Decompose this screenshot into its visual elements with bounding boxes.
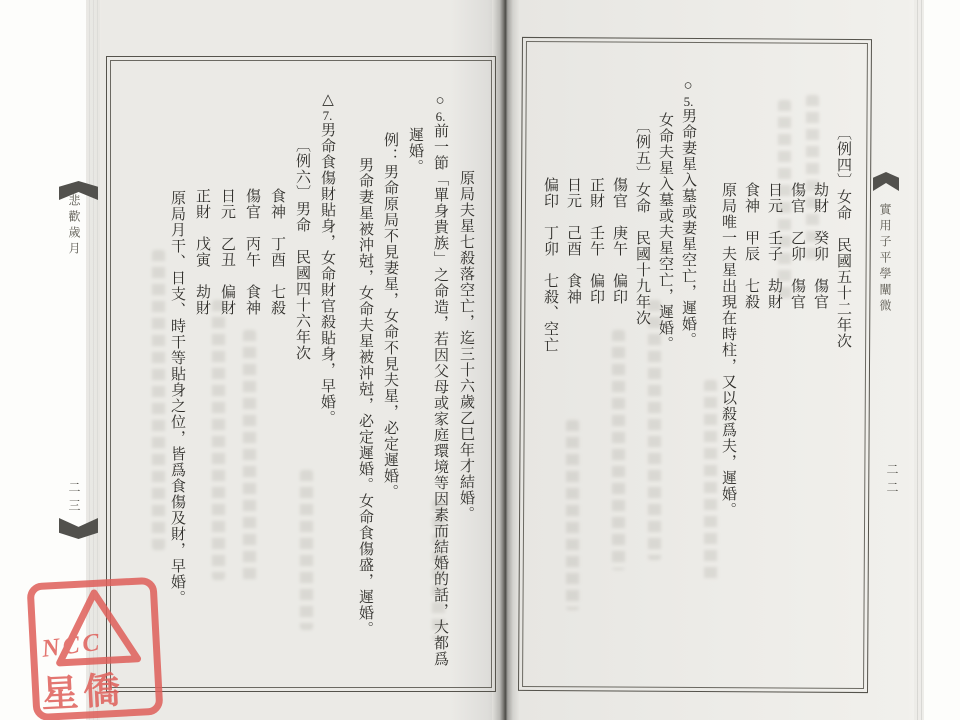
item-number: 7. bbox=[320, 109, 335, 122]
book-gutter-shadow bbox=[492, 0, 520, 720]
paragraph-column: 女命夫星入墓或夫星空亡，遲婚。 bbox=[653, 68, 676, 690]
example5-header-column: 〔例五〕女命 民國十九年次 bbox=[630, 68, 653, 690]
pillar-column: 正財 壬午 偏印 bbox=[584, 68, 607, 690]
comment-column: 原局唯一夫星出現在時柱，又以殺爲夫，遲婚。 bbox=[716, 68, 739, 690]
book-photo: 實用子平學闡微 二二 悲歡歲月 二三 〔例四〕女命 民國五十二年次 劫財 癸卯 … bbox=[0, 0, 960, 720]
example4-header-column: 〔例四〕女命 民國五十二年次 bbox=[831, 68, 854, 690]
numbered-item-column: ○5.男命妻星入墓或妻星空亡，遲婚。 bbox=[676, 68, 700, 690]
item-text: 男命妻星入墓或妻星空亡，遲婚。 bbox=[680, 108, 696, 348]
pillar-column: 傷官 丙午 食神 bbox=[239, 68, 264, 690]
stamp-name: 星僑 bbox=[40, 660, 127, 718]
comment-column: 原局夫星七殺落空亡，迄三十六歲乙巳年才結婚。 bbox=[453, 68, 478, 690]
running-title-left: 悲歡歲月 bbox=[66, 194, 83, 258]
pillar-column: 傷官 乙卯 傷官 bbox=[785, 68, 808, 690]
running-title-right: 實用子平學闡微 bbox=[877, 203, 894, 315]
pillar-column: 食神 丁酉 七殺 bbox=[264, 68, 289, 690]
example6-header-column: 〔例六〕男命 民國四十六年次 bbox=[289, 68, 314, 690]
paragraph-column: 男命妻星被沖尅，女命夫星被沖尅，必定遲婚。女命食傷盛，遲婚。 bbox=[352, 68, 377, 690]
page-number-right: 二二 bbox=[884, 463, 901, 499]
left-page-text: 原局夫星七殺落空亡，迄三十六歲乙巳年才結婚。 ○6.前一節「單身貴族」之命造，若… bbox=[113, 68, 478, 690]
item-text: 男命食傷財貼身，女命財官殺貼身，早婚。 bbox=[319, 122, 335, 426]
item-text: 前一節「單身貴族」之命造，若因父母或家庭環境等因素而結婚的話，大都爲 bbox=[432, 123, 448, 667]
right-page-text: 〔例四〕女命 民國五十二年次 劫財 癸卯 傷官 傷官 乙卯 傷官 日元 壬子 劫… bbox=[528, 68, 854, 690]
pillar-column: 偏印 丁卯 七殺、空亡 bbox=[538, 68, 561, 690]
pillar-column: 日元 己酉 食神 bbox=[561, 68, 584, 690]
circle-marker: ○ bbox=[680, 78, 696, 95]
pillar-column: 劫財 癸卯 傷官 bbox=[808, 68, 831, 690]
paragraph-column: 例：男命原局不見妻星，女命不見夫星，必定遲婚。 bbox=[377, 68, 402, 690]
item-number: 5. bbox=[681, 95, 696, 108]
numbered-item-column: △7.男命食傷財貼身，女命財官殺貼身，早婚。 bbox=[314, 68, 340, 690]
page-number-left: 二三 bbox=[66, 481, 83, 517]
page-stack-edge-right bbox=[914, 0, 924, 720]
comment-column: 原局月干、日支、時干等貼身之位，皆爲食傷及財，早婚。 bbox=[164, 68, 189, 690]
circle-marker: ○ bbox=[432, 93, 448, 110]
item-number: 6. bbox=[433, 110, 448, 123]
paragraph-column: 遲婚。 bbox=[402, 68, 427, 690]
numbered-item-column: ○6.前一節「單身貴族」之命造，若因父母或家庭環境等因素而結婚的話，大都爲 bbox=[427, 68, 453, 690]
pillar-column: 食神 甲辰 七殺 bbox=[739, 68, 762, 690]
pillar-column: 日元 乙丑 偏財 bbox=[214, 68, 239, 690]
triangle-marker: △ bbox=[319, 90, 335, 109]
pillar-column: 日元 壬子 劫財 bbox=[762, 68, 785, 690]
pillar-column: 傷官 庚午 偏印 bbox=[607, 68, 630, 690]
ncc-watermark-stamp: NCC 星僑 bbox=[26, 577, 163, 720]
pillar-column: 正財 戊寅 劫財 bbox=[189, 68, 214, 690]
